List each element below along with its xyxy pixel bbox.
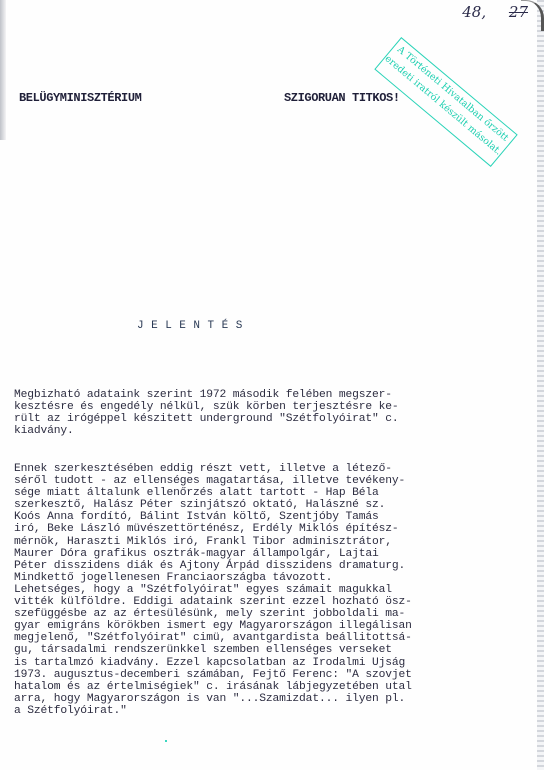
text-line: Megbizható adataink szerint 1972 második… bbox=[14, 389, 534, 401]
text-line: Lehetséges, hogy a "Szétfolyóirat" egyes… bbox=[14, 584, 534, 596]
folio-number-struck: 27 bbox=[509, 3, 528, 21]
text-line: szerkesztő, Halász Péter szinjátszó okta… bbox=[14, 499, 534, 511]
text-line: megjelenő, "Szétfolyóirat" cimü, avantga… bbox=[14, 632, 534, 644]
text-line: séről tudott - az ellenséges magatartása… bbox=[14, 475, 534, 487]
text-line: Maurer Dóra grafikus osztrák-magyar álla… bbox=[14, 548, 534, 560]
text-line: sége miatt általunk ellenőrzés alatt tar… bbox=[14, 487, 534, 499]
scan-edge-right bbox=[537, 0, 544, 770]
text-line: szefüggésbe az az értesülésünk, mely sze… bbox=[14, 608, 534, 620]
text-line: rült az irógéppel készitett underground … bbox=[14, 413, 534, 425]
text-line: 1973. augusztus-decemberi számában, Fejt… bbox=[14, 669, 534, 681]
text-line: arra, hogy Magyarországon is van "...Sza… bbox=[14, 693, 534, 705]
text-line: gyar emigráns körökben ismert egy Magyar… bbox=[14, 620, 534, 632]
paragraph-1: Megbizható adataink szerint 1972 második… bbox=[14, 389, 534, 437]
document-page: 48, 27 BELÜGYMINISZTÉRIUM SZIGORUAN TITK… bbox=[0, 0, 544, 770]
text-line: vitték külföldre. Eddigi adataink szerin… bbox=[14, 596, 534, 608]
ministry-header: BELÜGYMINISZTÉRIUM bbox=[19, 91, 141, 105]
folio-number-current: 48, bbox=[462, 3, 486, 21]
text-line: Ennek szerkesztésében eddig részt vett, … bbox=[14, 463, 534, 475]
text-line: hatalom és az értelmiségiek" c. irásának… bbox=[14, 681, 534, 693]
text-line: gu, társadalmi rendszerünkkel szemben el… bbox=[14, 644, 534, 656]
text-line: Koós Anna fordító, Bálint István költő, … bbox=[14, 511, 534, 523]
document-title: JELENTÉS bbox=[137, 320, 250, 332]
text-line: mérnök, Haraszti Miklós iró, Frankl Tibo… bbox=[14, 536, 534, 548]
text-line: kiadvány. bbox=[14, 425, 534, 437]
paragraph-2: Ennek szerkesztésében eddig részt vett, … bbox=[14, 463, 534, 717]
text-line: iró, Beke László müvészettörténész, Erdé… bbox=[14, 523, 534, 535]
scan-speck bbox=[165, 740, 167, 742]
folio-numbers: 48, 27 bbox=[462, 3, 528, 21]
text-line: kesztésre és engedély nélkül, szük körbe… bbox=[14, 401, 534, 413]
classification-label: SZIGORUAN TITKOS! bbox=[284, 91, 400, 105]
text-line: is tartalmzó kiadvány. Ezzel kapcsolatba… bbox=[14, 657, 534, 669]
text-line: Péter disszidens diák és Ajtony Árpád di… bbox=[14, 560, 534, 572]
text-line: a Szétfolyóirat." bbox=[14, 705, 534, 717]
text-line: Mindkettő jogellenesen Franciaországba t… bbox=[14, 572, 534, 584]
stamp-line: A Történeti Hivatalban őrzött bbox=[390, 40, 515, 148]
stamp-line: eredeti iratról készült másolat. bbox=[381, 51, 506, 159]
scan-edge-left bbox=[0, 0, 6, 140]
